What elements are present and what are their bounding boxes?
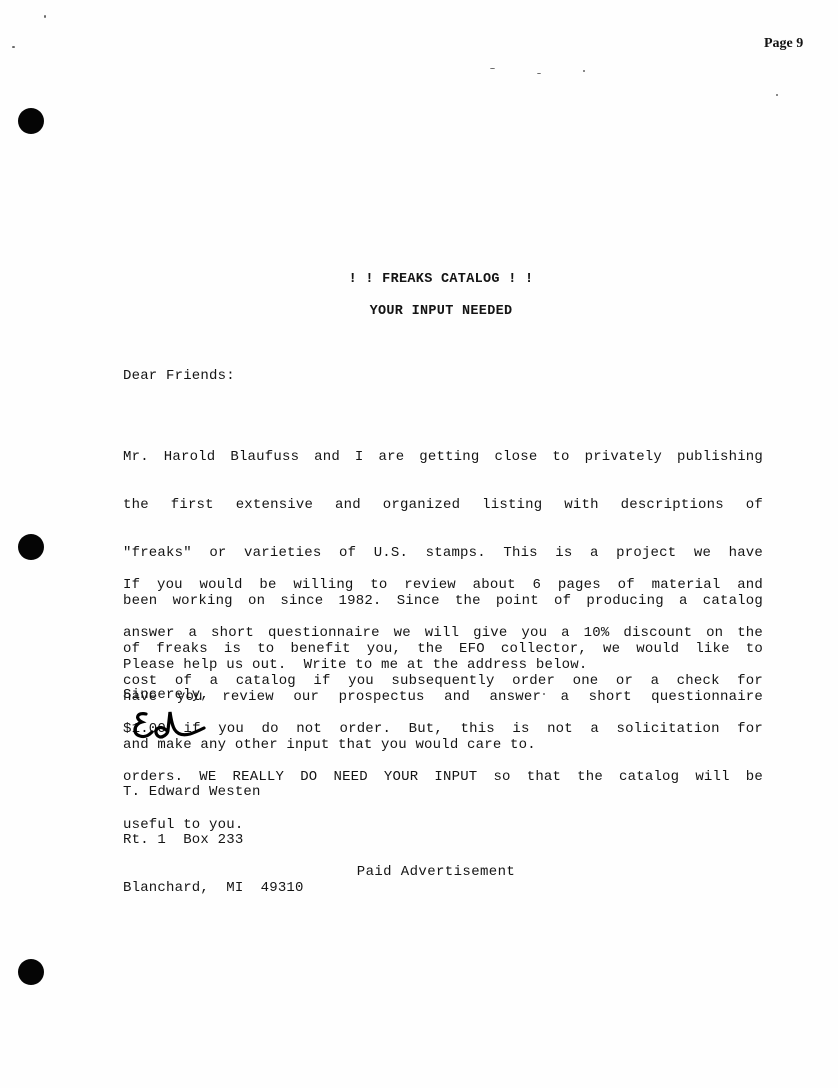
heading-title: ! ! FREAKS CATALOG ! !	[0, 272, 838, 287]
scan-speck	[583, 70, 585, 72]
text-line: Mr. Harold Blaufuss and I are getting cl…	[123, 449, 763, 465]
hole-punch	[18, 108, 44, 134]
heading-subtitle: YOUR INPUT NEEDED	[0, 304, 838, 319]
scan-speck	[537, 73, 541, 74]
paragraph-3: Please help us out. Write to me at the a…	[123, 657, 763, 673]
text-line: answer a short questionnaire we will giv…	[123, 625, 763, 641]
scan-speck	[44, 15, 46, 18]
sender-street: Rt. 1 Box 233	[123, 832, 763, 848]
text-line: the first extensive and organized listin…	[123, 497, 763, 513]
hole-punch	[18, 534, 44, 560]
hole-punch	[18, 959, 44, 985]
scan-speck	[12, 46, 15, 48]
footer-note: Paid Advertisement	[0, 864, 838, 880]
sender-address: T. Edward Westen Rt. 1 Box 233 Blanchard…	[123, 752, 763, 928]
closing: Sincerely,	[123, 687, 763, 703]
text-line: $1.00 if you do not order. But, this is …	[123, 721, 763, 737]
salutation: Dear Friends:	[123, 368, 763, 384]
sender-city: Blanchard, MI 49310	[123, 880, 763, 896]
signature	[130, 708, 210, 748]
scan-speck	[776, 94, 778, 96]
text-line: If you would be willing to review about …	[123, 577, 763, 593]
document-page: Page 9 ! ! FREAKS CATALOG ! ! YOUR INPUT…	[0, 0, 838, 1088]
sender-name: T. Edward Westen	[123, 784, 763, 800]
scan-speck	[490, 68, 495, 69]
page-number: Page 9	[764, 36, 803, 52]
